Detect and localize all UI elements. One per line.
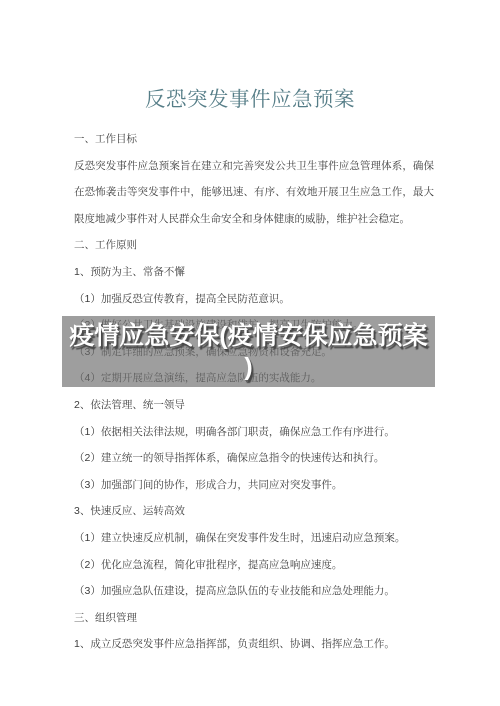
list-item: （2）优化应急流程，简化审批程序，提高应急响应速度。 — [74, 552, 434, 579]
list-item: （2）建立统一的领导指挥体系，确保应急指令的快速传达和执行。 — [74, 445, 434, 472]
list-item: （2）做好公共卫生基础设施建设和维护，提高卫生防护能力。 — [74, 312, 434, 339]
section-heading-work-goals: 一、工作目标 — [74, 126, 434, 153]
list-item: （3）加强部门间的协作，形成合力，共同应对突发事件。 — [74, 472, 434, 499]
list-item: （1）建立快速反应机制，确保在突发事件发生时，迅速启动应急预案。 — [74, 525, 434, 552]
list-item: （3）制定详细的应急预案，确保应急物资和设备充足。 — [74, 339, 434, 366]
document-page: 反恐突发事件应急预案 一、工作目标 反恐突发事件应急预案旨在建立和完善突发公共卫… — [0, 0, 500, 706]
list-heading-prevention: 1、预防为主、常备不懈 — [74, 259, 434, 286]
list-heading-command-center: 1、成立反恐突发事件应急指挥部，负责组织、协调、指挥应急工作。 — [74, 631, 434, 658]
section-heading-work-principles: 二、工作原则 — [74, 232, 434, 259]
section-heading-organization: 三、组织管理 — [74, 605, 434, 632]
list-heading-fast-response: 3、快速反应、运转高效 — [74, 498, 434, 525]
document-body: 一、工作目标 反恐突发事件应急预案旨在建立和完善突发公共卫生事件应急管理体系，确… — [74, 126, 434, 658]
list-item: （1）依据相关法律法规，明确各部门职责，确保应急工作有序进行。 — [74, 419, 434, 446]
list-item: （4）定期开展应急演练，提高应急队伍的实战能力。 — [74, 365, 434, 392]
document-title: 反恐突发事件应急预案 — [0, 82, 500, 112]
paragraph-goals: 反恐突发事件应急预案旨在建立和完善突发公共卫生事件应急管理体系，确保在恐怖袭击等… — [74, 153, 434, 233]
list-heading-law-management: 2、依法管理、统一领导 — [74, 392, 434, 419]
list-item: （1）加强反恐宣传教育，提高全民防范意识。 — [74, 286, 434, 313]
list-item: （3）加强应急队伍建设，提高应急队伍的专业技能和应急处理能力。 — [74, 578, 434, 605]
